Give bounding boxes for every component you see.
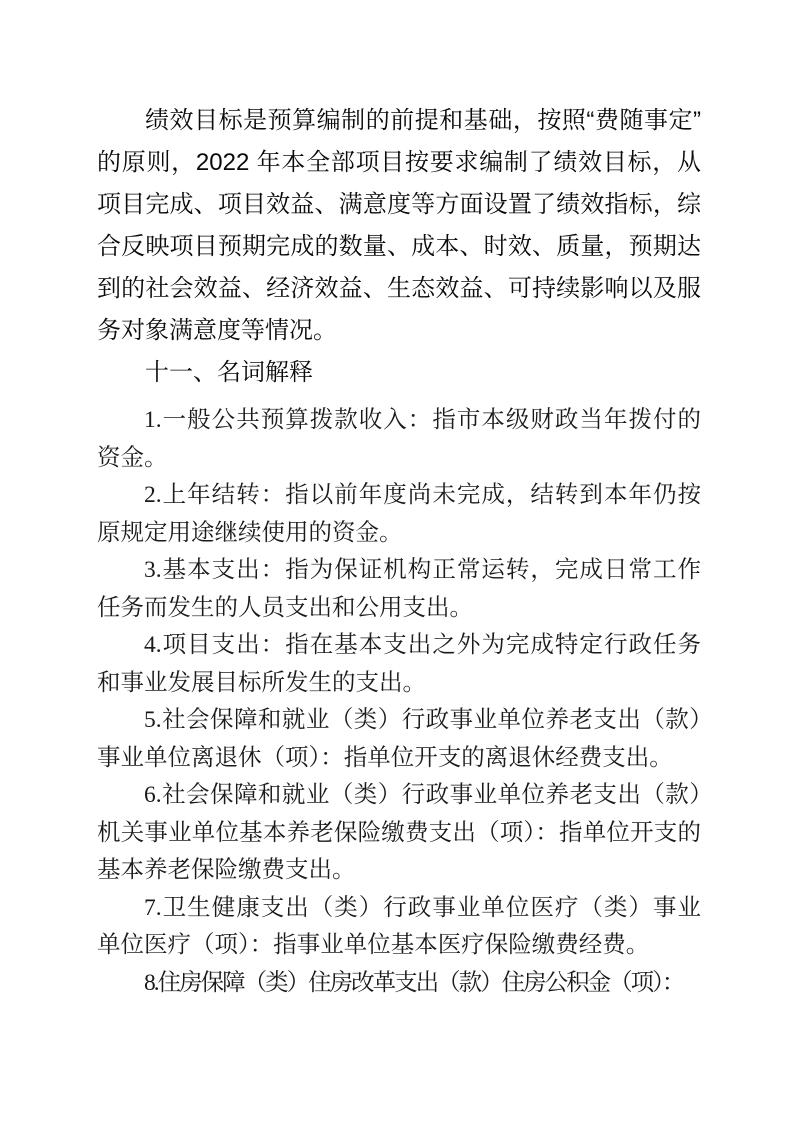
definition-item: 7.卫生健康支出（类）行政事业单位医疗（类）事业单位医疗（项）：指事业单位基本医… (97, 890, 701, 965)
definition-list: 1.一般公共预算拨款收入：指市本级财政当年拨付的资金。 2.上年结转：指以前年度… (97, 402, 701, 1002)
definition-item: 6.社会保障和就业（类）行政事业单位养老支出（款）机关事业单位基本养老保险缴费支… (97, 777, 701, 890)
page-content: 绩效目标是预算编制的前提和基础，按照“费随事定”的原则，2022 年本全部项目按… (97, 100, 701, 1002)
definition-item: 8.住房保障（类）住房改革支出（款）住房公积金（项）： (97, 965, 701, 1003)
definition-item: 4.项目支出：指在基本支出之外为完成特定行政任务和事业发展目标所发生的支出。 (97, 627, 701, 702)
definition-item: 1.一般公共预算拨款收入：指市本级财政当年拨付的资金。 (97, 402, 701, 477)
definition-item: 5.社会保障和就业（类）行政事业单位养老支出（款）事业单位离退休（项）：指单位开… (97, 702, 701, 777)
definition-item: 2.上年结转：指以前年度尚未完成，结转到本年仍按原规定用途继续使用的资金。 (97, 477, 701, 552)
intro-paragraph: 绩效目标是预算编制的前提和基础，按照“费随事定”的原则，2022 年本全部项目按… (97, 100, 701, 352)
definition-item: 3.基本支出：指为保证机构正常运转，完成日常工作任务而发生的人员支出和公用支出。 (97, 552, 701, 627)
document-page: 绩效目标是预算编制的前提和基础，按照“费随事定”的原则，2022 年本全部项目按… (0, 0, 794, 1122)
section-heading: 十一、名词解释 (97, 352, 701, 394)
